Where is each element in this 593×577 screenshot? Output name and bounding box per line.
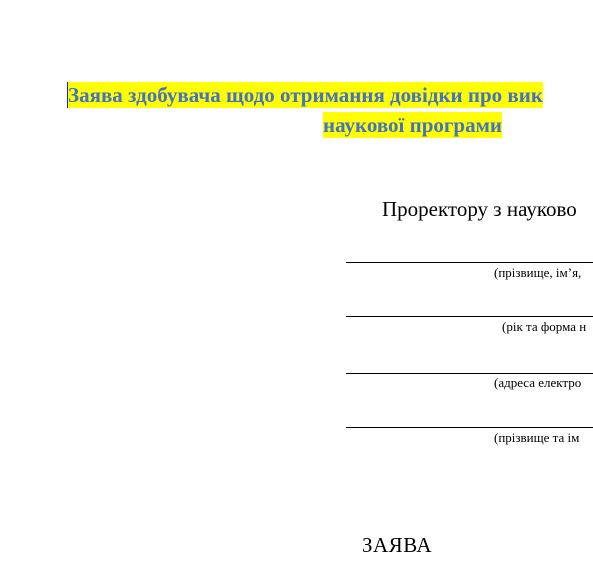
caption-supervisor: (прізвище та ім [494,430,579,446]
statement-heading: ЗАЯВА [362,532,432,558]
document-title-line-2[interactable]: наукової програми [323,113,502,137]
title-line-1-text: Заява здобувача щодо отримання довідки п… [68,82,543,108]
blank-line-name[interactable] [346,262,593,263]
title-line-2-text: наукової програми [323,112,502,138]
document-page: Заява здобувача щодо отримання довідки п… [0,0,593,577]
blank-line-supervisor[interactable] [346,427,593,428]
document-title-line-1[interactable]: Заява здобувача щодо отримання довідки п… [68,83,543,107]
blank-line-email[interactable] [346,373,593,374]
addressee-text: Проректору з науково [382,196,577,222]
blank-line-study-year[interactable] [346,316,593,317]
caption-name: (прізвище, ім’я, [494,265,581,281]
caption-study-year: (рік та форма н [502,319,586,335]
caption-email: (адреса електро [494,375,581,391]
